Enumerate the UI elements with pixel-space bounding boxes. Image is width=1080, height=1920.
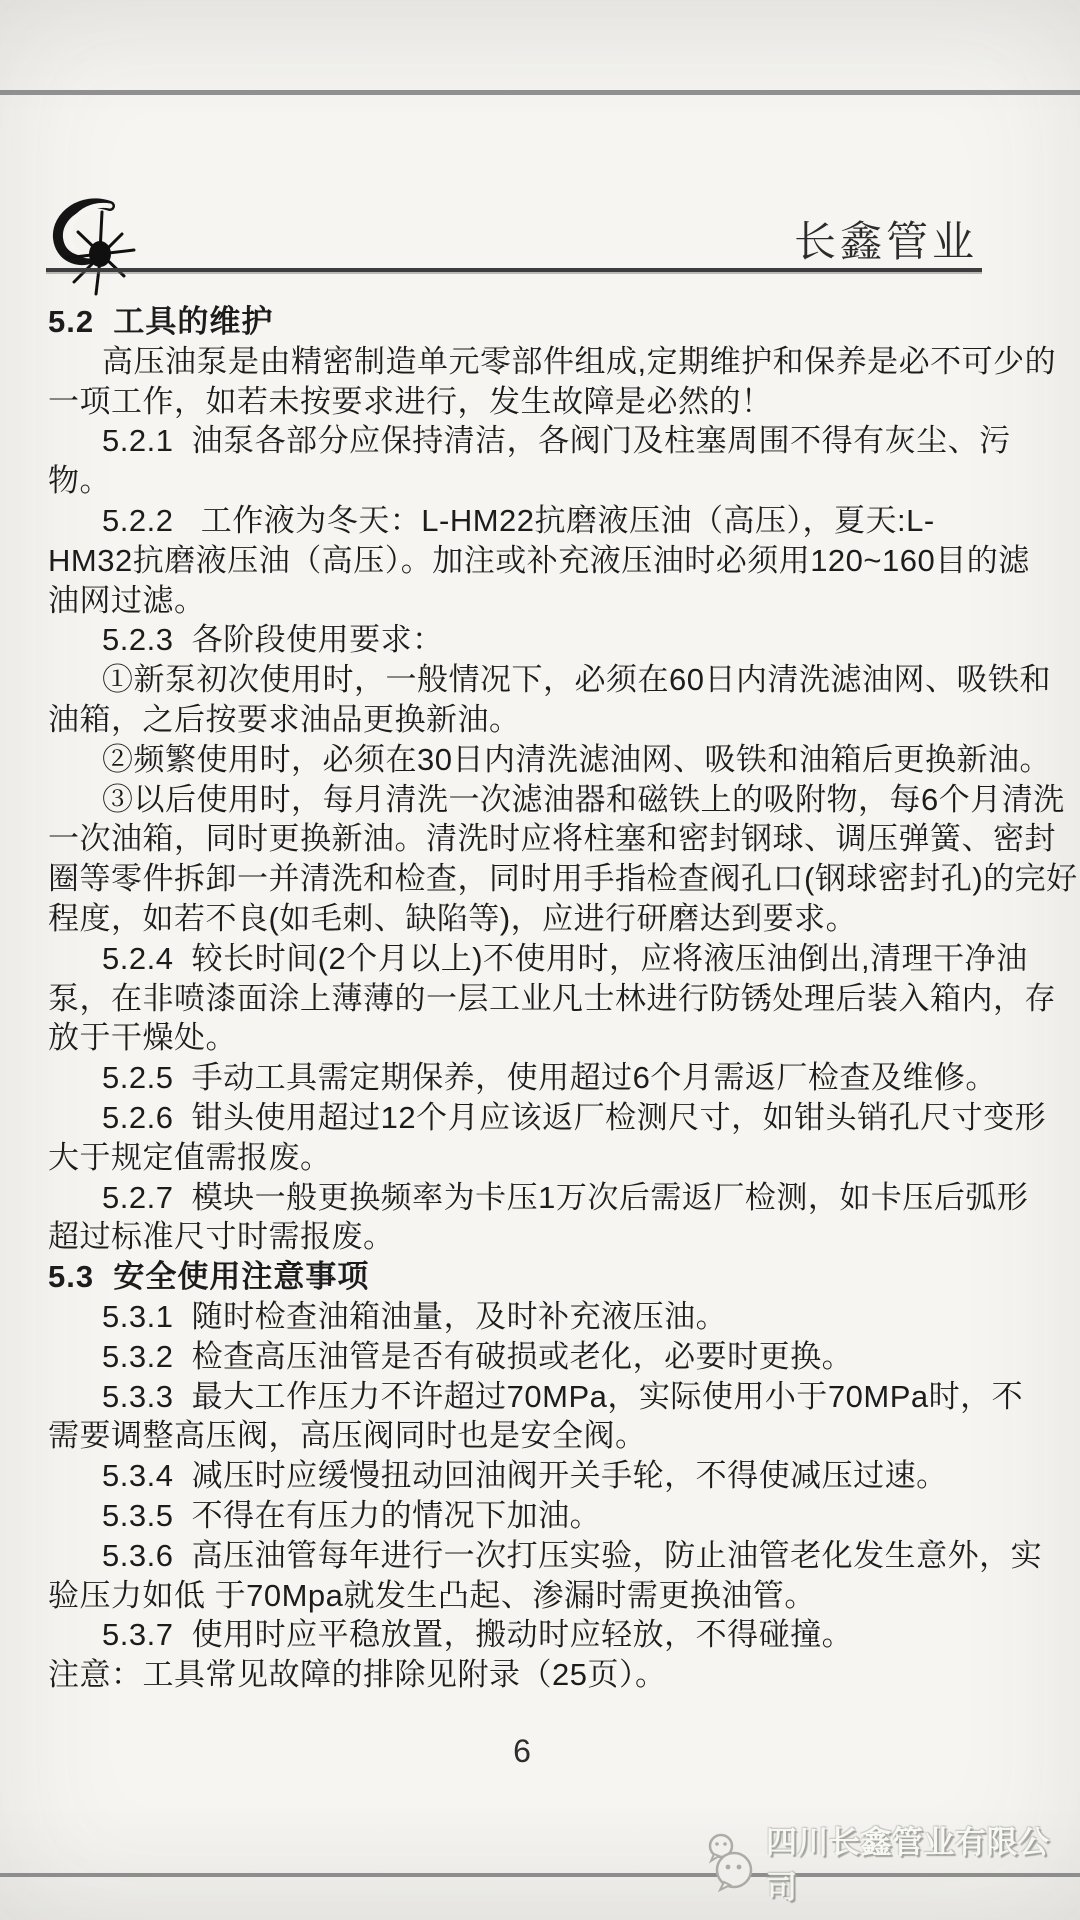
text-line: 程度，如若不良(如毛刺、缺陷等)，应进行研磨达到要求。	[48, 899, 1040, 939]
text-line: 5.2.1 油泵各部分应保持清洁，各阀门及柱塞周围不得有灰尘、污	[48, 421, 1040, 461]
text-line: 5.3.3 最大工作压力不许超过70MPa，实际使用小于70MPa时，不	[48, 1377, 1040, 1417]
text-line: 5.2.4 较长时间(2个月以上)不使用时，应将液压油倒出,清理干净油	[48, 939, 1040, 979]
comet-star-logo-icon	[44, 194, 144, 298]
text-line: 验压力如低 于70Mpa就发生凸起、渗漏时需更换油管。	[48, 1576, 1040, 1616]
wechat-icon	[706, 1832, 758, 1892]
text-line: 5.3.2 检查高压油管是否有破损或老化，必要时更换。	[48, 1337, 1040, 1377]
text-line: 大于规定值需报废。	[48, 1138, 1040, 1178]
text-line: 油网过滤。	[48, 581, 1040, 621]
text-line: 5.2.2 工作液为冬天：L-HM22抗磨液压油（高压），夏天:L-	[48, 501, 1040, 541]
text-line: 5.2.3 各阶段使用要求：	[48, 620, 1040, 660]
document-page: 长鑫管业 5.2 工具的维护高压油泵是由精密制造单元零部件组成,定期维护和保养是…	[0, 0, 1080, 1920]
watermark-text: 四川长鑫管业有限公司	[766, 1817, 1080, 1907]
body-text: 5.2 工具的维护高压油泵是由精密制造单元零部件组成,定期维护和保养是必不可少的…	[48, 302, 1040, 1695]
brand-title: 长鑫管业	[794, 220, 978, 266]
text-line: 5.3.4 减压时应缓慢扭动回油阀开关手轮，不得使减压过速。	[48, 1456, 1040, 1496]
header-rule-line	[46, 268, 982, 272]
text-line: 超过标准尺寸时需报废。	[48, 1217, 1040, 1257]
text-line: 5.2.7 模块一般更换频率为卡压1万次后需返厂检测，如卡压后弧形	[48, 1178, 1040, 1218]
text-line: 5.3.1 随时检查油箱油量，及时补充液压油。	[48, 1297, 1040, 1337]
text-line: 物。	[48, 461, 1040, 501]
text-line: 高压油泵是由精密制造单元零部件组成,定期维护和保养是必不可少的	[48, 342, 1040, 382]
text-line: ②频繁使用时，必须在30日内清洗滤油网、吸铁和油箱后更换新油。	[48, 740, 1040, 780]
text-line: 5.2.5 手动工具需定期保养，使用超过6个月需返厂检查及维修。	[48, 1058, 1040, 1098]
text-line: 泵，在非喷漆面涂上薄薄的一层工业凡士林进行防锈处理后装入箱内，存	[48, 979, 1040, 1019]
text-line: 需要调整高压阀，高压阀同时也是安全阀。	[48, 1416, 1040, 1456]
watermark: 四川长鑫管业有限公司	[706, 1830, 1080, 1894]
page-number: 6	[0, 1733, 1044, 1770]
text-line: 圈等零件拆卸一并清洗和检查，同时用手指检查阀孔口(钢球密封孔)的完好	[48, 859, 1040, 899]
text-line: 5.3 安全使用注意事项	[48, 1257, 1040, 1297]
text-line: HM32抗磨液压油（高压）。加注或补充液压油时必须用120~160目的滤	[48, 541, 1040, 581]
text-line: 5.3.5 不得在有压力的情况下加油。	[48, 1496, 1040, 1536]
text-line: 5.3.7 使用时应平稳放置，搬动时应轻放，不得碰撞。	[48, 1615, 1040, 1655]
text-line: 放于干燥处。	[48, 1018, 1040, 1058]
text-line: 5.3.6 高压油管每年进行一次打压实验，防止油管老化发生意外，实	[48, 1536, 1040, 1576]
text-line: 一次油箱，同时更换新油。清洗时应将柱塞和密封钢球、调压弹簧、密封	[48, 819, 1040, 859]
text-line: 5.2.6 钳头使用超过12个月应该返厂检测尺寸，如钳头销孔尺寸变形	[48, 1098, 1040, 1138]
text-line: 油箱，之后按要求油品更换新油。	[48, 700, 1040, 740]
text-line: 5.2 工具的维护	[48, 302, 1040, 342]
text-line: ③以后使用时，每月清洗一次滤油器和磁铁上的吸附物，每6个月清洗	[48, 780, 1040, 820]
text-line: ①新泵初次使用时，一般情况下，必须在60日内清洗滤油网、吸铁和	[48, 660, 1040, 700]
text-line: 注意：工具常见故障的排除见附录（25页）。	[48, 1655, 1040, 1695]
top-divider-line	[0, 90, 1080, 95]
text-line: 一项工作，如若未按要求进行，发生故障是必然的！	[48, 382, 1040, 422]
